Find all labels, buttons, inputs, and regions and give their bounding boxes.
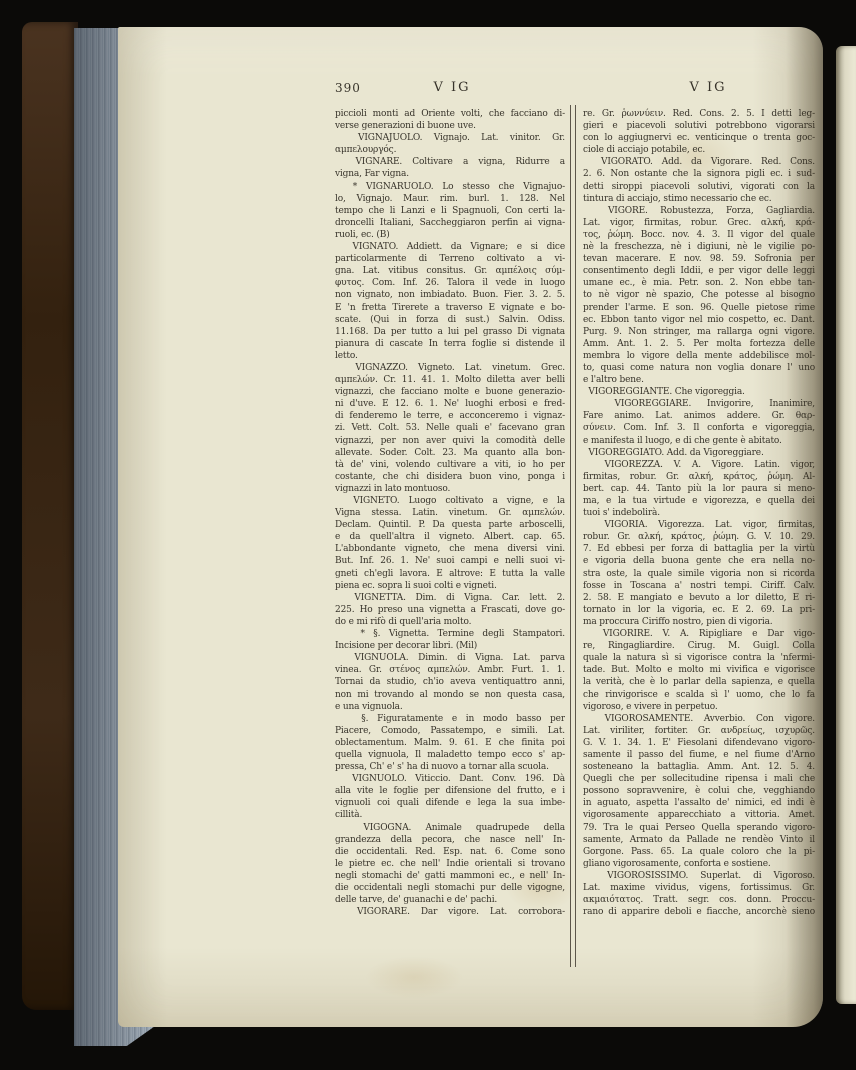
right-column-line: VIGOROSAMENTE. Avverbio. Con vigore. (583, 713, 815, 725)
left-column-line: particolarmente di Terreno coltivato a v… (335, 253, 565, 265)
facing-page-edge (836, 46, 856, 1004)
left-column-line: do e mi rifò di quell'aria molto. (335, 616, 565, 628)
left-column-line: piccioli monti ad Oriente volti, che fac… (335, 108, 565, 120)
left-column-line: le pietre ec. che nell' Indie orientali … (335, 858, 565, 870)
right-column-line: Lat. vigor, firmitas, robur. Grec. αλκή,… (583, 217, 815, 229)
column-divider-rule (570, 105, 576, 967)
right-column-line: tornato in lor la vigoria, ec. E 2. 69. … (583, 604, 815, 616)
right-column-line: detti siroppi piacevoli solutivi, vigora… (583, 181, 815, 193)
right-column-line: tevan macerare. E nov. 98. 59. Sofronia … (583, 253, 815, 265)
left-column-line: piena ec. sopra li suoi colti e vigneti. (335, 580, 565, 592)
left-column-line: die occidentali. Red. Esp. nat. 6. Come … (335, 846, 565, 858)
left-column-line: * VIGNARUOLO. Lo stesso che Vignajuo- (335, 181, 565, 193)
left-column-line: vignazzi, per non aver quivi la comodità… (335, 435, 565, 447)
right-column-line: che rinvigorisce e scalda sì l' uomo, ch… (583, 689, 815, 701)
right-column-line: possono sopravvenire, è colui che, veggh… (583, 785, 815, 797)
right-column-line: Purg. 9. Non stringer, ma rallarga ogni … (583, 326, 815, 338)
right-column-line: prender l'arme. E son. 96. Quelle pietos… (583, 302, 815, 314)
right-column-line: 79. Tra le quai Perseo Quella sperando v… (583, 822, 815, 834)
left-column-line: Vigna stessa. Latin. vinetum. Gr. αμπελώ… (335, 507, 565, 519)
left-column-line: gneti ch'egli lavora. E altrove: E tutta… (335, 568, 565, 580)
left-column-line: ni d'uve. E 12. 6. 1. Ne' luoghi erbosi … (335, 398, 565, 410)
right-column-line: to nè vigor nè spazio, Che potesse al bi… (583, 289, 815, 301)
left-column-line: lo, Vignajo. Maur. rim. burl. 1. 128. Ne… (335, 193, 565, 205)
left-column-line: Incisione per decorar libri. (Mil) (335, 640, 565, 652)
right-column-line: nè la freschezza, nè i digiuni, nè le vi… (583, 241, 815, 253)
right-column-line: gliano vigorosamente, conforta e sostien… (583, 858, 815, 870)
left-column-line: scate. (Qui in forza di sust.) Salvin. O… (335, 314, 565, 326)
left-column-line: non vignato, non imbiadato. Buon. Fier. … (335, 289, 565, 301)
right-column-line: Lat. viriliter, fortiter. Gr. ανδρείως, … (583, 725, 815, 737)
right-column-line: con lo aggiugnervi ec. venticinque o tre… (583, 132, 815, 144)
left-column-line: 11.168. Da per tutto a lui pel grasso Di… (335, 326, 565, 338)
left-column-line: pianura di cascate In terra foglie si di… (335, 338, 565, 350)
left-column-line: Piacere, Comodo, Passatempo, e simili. L… (335, 725, 565, 737)
left-column-line: αμπελών. Cr. 11. 41. 1. Molto diletta av… (335, 374, 565, 386)
right-column-line: consentimento degli Iddii, e per vigor d… (583, 265, 815, 277)
right-column-line: to, quasi come natura non voglia donare … (583, 362, 815, 374)
left-column-line: vinea. Gr. στένος αμπελών. Ambr. Furt. 1… (335, 664, 565, 676)
right-column-line: ma, e la tua virtude e vigorezza, e quel… (583, 495, 815, 507)
right-column-line: robur. Gr. αλκή, κράτος, ῥώμη. G. V. 10.… (583, 531, 815, 543)
right-column-line: ciole di acciajo potabile, ec. (583, 144, 815, 156)
left-column-line: die occidentali negli stomachi pur delle… (335, 882, 565, 894)
right-column-line: e manifesta il luogo, e di che gente è a… (583, 435, 815, 447)
left-column-line: VIGNETO. Luogo coltivato a vigne, e la (335, 495, 565, 507)
left-column-line: 225. Ho preso una vignetta a Frascati, d… (335, 604, 565, 616)
running-head-left: V IG (402, 80, 502, 95)
left-column-line: e una vignuola. (335, 701, 565, 713)
left-column-line: quella vignuola, Il maladetto tempo ecco… (335, 749, 565, 761)
left-column-line: L'abbondante vigneto, che mena diversi v… (335, 543, 565, 555)
left-column-line: droncelli Italiani, Saccheggiaron perfin… (335, 217, 565, 229)
right-column-line: re. Gr. ῥωννύειν. Red. Cons. 2. 5. I det… (583, 108, 815, 120)
left-text-column: piccioli monti ad Oriente volti, che fac… (335, 108, 565, 918)
right-column-line: G. V. 1. 34. 1. E' Fiesolani difendevano… (583, 737, 815, 749)
left-column-line: φυτος. Com. Inf. 26. Talora il vede in l… (335, 277, 565, 289)
left-column-line: VIGNETTA. Dim. di Vigna. Car. lett. 2. (335, 592, 565, 604)
right-column-line: 2. 6. Non ostante che la signora pigli e… (583, 168, 815, 180)
left-column-line: zi. Vett. Colt. 53. Nelle quali e' facev… (335, 422, 565, 434)
left-column-line: Declam. Quintil. P. Da questa parte arbo… (335, 519, 565, 531)
right-column-line: Lat. maxime vividus, vigens, fortissimus… (583, 882, 815, 894)
right-column-line: rano di apparire deboli e fiacche, ancor… (583, 906, 815, 918)
right-column-line: vigorosamente apparecchiato a vittoria. … (583, 809, 815, 821)
right-column-line: Gorgone. Pass. 65. La quale coloro che l… (583, 846, 815, 858)
left-column-line: grandezza della pecora, che nasce nell' … (335, 834, 565, 846)
right-column-line: quale la natura sì si vigorisce contra l… (583, 652, 815, 664)
right-column-line: VIGOROSISSIMO. Superlat. di Vigoroso. (583, 870, 815, 882)
left-column-line: VIGORARE. Dar vigore. Lat. corrobora- (335, 906, 565, 918)
left-column-line: tà de' vini, volendo cultivare a viti, i… (335, 459, 565, 471)
left-column-line: §. Figuratamente e in modo basso per (335, 713, 565, 725)
left-column-line: verse generazioni di buone uve. (335, 120, 565, 132)
right-column-line: VIGOREGGIATO. Add. da Vigoreggiare. (583, 447, 815, 459)
left-column-line: VIGNUOLO. Viticcio. Dant. Conv. 196. Dà (335, 773, 565, 785)
book-photo: 390 V IG V IG piccioli monti ad Oriente … (0, 0, 856, 1070)
right-column-line: VIGORIA. Vigorezza. Lat. vigor, firmitas… (583, 519, 815, 531)
right-column-line: VIGORE. Robustezza, Forza, Gagliardia. (583, 205, 815, 217)
left-column-line: gna. Lat. vitibus consitus. Gr. αμπέλοις… (335, 265, 565, 277)
left-column-line: letto. (335, 350, 565, 362)
right-column-line: τος, ῥώμη. Bocc. nov. 4. 3. Il vigor del… (583, 229, 815, 241)
left-column-line: negli stomachi de' gatti mammoni ec., e … (335, 870, 565, 882)
left-column-line: VIGNAJUOLO. Vignajo. Lat. vinitor. Gr. (335, 132, 565, 144)
right-column-line: re, Ringagliardire. Cirug. M. Guigl. Col… (583, 640, 815, 652)
right-column-line: tintura di acciajo, stimo necessario che… (583, 193, 815, 205)
right-column-line: ma proccura Ciriffo nostro, pien di vigo… (583, 616, 815, 628)
right-column-line: Quegli che per sollecitudine ripensa i m… (583, 773, 815, 785)
left-column-line: αμπελουργός. (335, 144, 565, 156)
left-column-line: VIGNAZZO. Vigneto. Lat. vinetum. Grec. (335, 362, 565, 374)
left-column-line: E 'n fretta Tirerete a traverso E vignat… (335, 302, 565, 314)
right-column-line: e l'altro bene. (583, 374, 815, 386)
right-column-line: umane ec., è mia. Petr. son. 2. Non ebbe… (583, 277, 815, 289)
right-column-line: sosteneano la battaglia. Amm. Ant. 12. 5… (583, 761, 815, 773)
book-spine (22, 22, 78, 1010)
right-column-line: Amm. Ant. 1. 2. 5. Per molta fortezza de… (583, 338, 815, 350)
left-column-line: alla vite le foglie per difensione del f… (335, 785, 565, 797)
left-column-line: Tornai da studio, ch'io aveva ventiquatt… (335, 676, 565, 688)
left-column-line: pressa, Ch' e' s' ha di nuovo a tornar a… (335, 761, 565, 773)
left-column-line: VIGOGNA. Animale quadrupede della (335, 822, 565, 834)
left-column-line: non mi trovando al mondo se non questa c… (335, 689, 565, 701)
right-column-line: tade. But. Molto e molto mi vivifica e v… (583, 664, 815, 676)
left-column-line: VIGNARE. Coltivare a vigna, Ridurre a (335, 156, 565, 168)
left-column-line: vignuoli coi quali difende e lega la sua… (335, 797, 565, 809)
right-column-line: vigoroso, e vivere in perpetuo. (583, 701, 815, 713)
right-column-line: tuoi s' indebolirà. (583, 507, 815, 519)
right-column-line: VIGOREGGIARE. Invigorire, Inanimire, (583, 398, 815, 410)
running-head-right: V IG (658, 80, 758, 95)
right-column-line: stra oste, la quale simile vigoria non s… (583, 568, 815, 580)
right-column-line: gieri e piacevoli solutivi potrebbono vi… (583, 120, 815, 132)
right-column-line: e vigoria della buona gente che era nell… (583, 555, 815, 567)
left-column-line: costante, che chi disidera buon vino, po… (335, 471, 565, 483)
left-column-line: cillità. (335, 809, 565, 821)
right-column-line: la verità, che è lo parlar della sapienz… (583, 676, 815, 688)
left-column-line: oblectamentum. Malm. 9. 61. E che finita… (335, 737, 565, 749)
left-column-line: ruoli, ec. (B) (335, 229, 565, 241)
right-column-line: firmitas, robur. Gr. αλκή, κράτος, ῥώμη.… (583, 471, 815, 483)
left-column-line: e da quell'altra il vigneto. Albert. cap… (335, 531, 565, 543)
right-column-line: ec. Ebbon tanto vigor nel mio cospetto, … (583, 314, 815, 326)
right-column-line: membra lo vigore della mente addebilisce… (583, 350, 815, 362)
right-column-line: VIGORIRE. V. A. Ripigliare e Dar vigo- (583, 628, 815, 640)
left-column-line: But. Inf. 26. 1. Ne' suoi campi e nelli … (335, 555, 565, 567)
left-column-line: * §. Vignetta. Termine degli Stampatori. (335, 628, 565, 640)
right-column-line: bert. cap. 44. Tanto più la lor paura si… (583, 483, 815, 495)
right-column-line: 7. Ed ebbesi per forza di battaglia per … (583, 543, 815, 555)
right-column-line: VIGORATO. Add. da Vigorare. Red. Cons. (583, 156, 815, 168)
right-column-line: Fare animo. Lat. animos addere. Gr. θαρ- (583, 410, 815, 422)
right-column-line: ακμαιότατος. Tratt. segr. cos. donn. Pro… (583, 894, 815, 906)
right-column-line: 2. 58. E mangiato e bevuto a lor diletto… (583, 592, 815, 604)
left-column-line: vigna, Far vigna. (335, 168, 565, 180)
dictionary-page: 390 V IG V IG piccioli monti ad Oriente … (118, 27, 823, 1027)
left-column-line: delle tarve, de' guanachi e de' pachi. (335, 894, 565, 906)
right-text-column: re. Gr. ῥωννύειν. Red. Cons. 2. 5. I det… (583, 108, 815, 918)
left-column-line: allevate. Soder. Colt. 23. Ma quanto all… (335, 447, 565, 459)
right-column-line: samente, Armato da Pallade ne rendèo Vin… (583, 834, 815, 846)
right-column-line: σύνειν. Com. Inf. 3. Il conforta e vigor… (583, 422, 815, 434)
right-column-line: VIGOREGGIANTE. Che vigoreggia. (583, 386, 815, 398)
page-number: 390 (335, 81, 361, 95)
left-column-line: VIGNATO. Addiett. da Vignare; e si dice (335, 241, 565, 253)
left-column-line: vignazzi in lato montuoso. (335, 483, 565, 495)
right-column-line: fosse in Toscana a' nostri tempi. Ciriff… (583, 580, 815, 592)
left-column-line: vignazzi, che facciano molte e buone gen… (335, 386, 565, 398)
left-column-line: tempo che li Lanzi e li Spagnuoli, Con c… (335, 205, 565, 217)
right-column-line: in aguato, aspetta l'assalto de' nimici,… (583, 797, 815, 809)
right-column-line: VIGOREZZA. V. A. Vigore. Latin. vigor, (583, 459, 815, 471)
right-column-line: samente il passo del fiume, e nel fiume … (583, 749, 815, 761)
left-column-line: VIGNUOLA. Dimin. di Vigna. Lat. parva (335, 652, 565, 664)
left-column-line: di fenderemo le terre, e acconceremo i v… (335, 410, 565, 422)
